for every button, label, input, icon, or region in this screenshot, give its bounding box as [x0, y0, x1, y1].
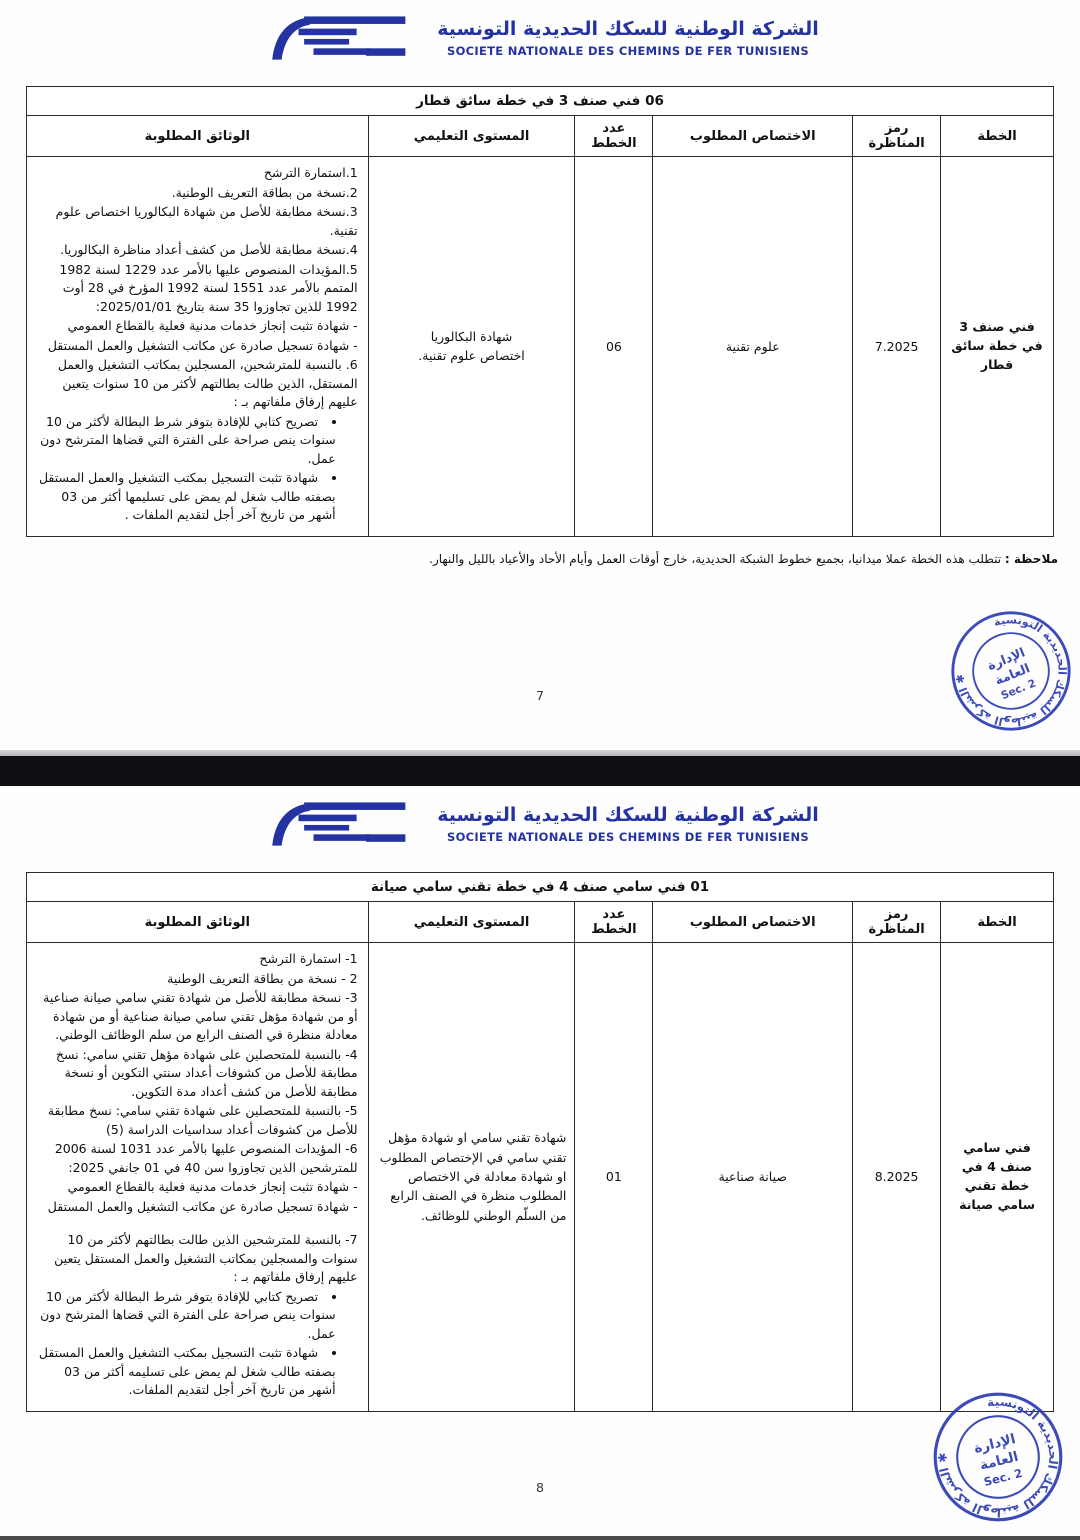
document-item: 4- بالنسبة للمتحصلين على شهادة مؤهل تقني… — [35, 1046, 358, 1102]
document-item: 2.نسخة من بطاقة التعريف الوطنية. — [35, 184, 358, 203]
letterhead: الشركة الوطنية للسكك الحديدية التونسية S… — [0, 0, 1080, 64]
col-header-education: المستوى التعليمي — [368, 116, 575, 157]
code-cell: 7.2025 — [853, 157, 941, 537]
document-item: 7- بالنسبة للمترشحين الذين طالت بطالتهم … — [35, 1231, 358, 1287]
table-title: 06 فني صنف 3 في خطة سائق قطار — [27, 87, 1054, 116]
administration-stamp: الشركة الوطنية للسكك الحديدية التونسية ✱… — [929, 589, 1080, 750]
specialty-cell: علوم تقنية — [653, 157, 853, 537]
document-item: 4.نسخة مطابقة للأصل من كشف أعداد مناظرة … — [35, 241, 358, 260]
col-header-count: عدد الخطط — [575, 902, 653, 943]
plan-cell: فني صنف 3 في خطة سائق قطار — [941, 157, 1054, 537]
page-number: 8 — [0, 1480, 1080, 1495]
document-item: شهادة تثبت التسجيل بمكتب التشغيل والعمل … — [35, 469, 336, 525]
col-header-plan: الخطة — [941, 902, 1054, 943]
table-title: 01 فني سامي صنف 4 في خطة تقني سامي صيانة — [27, 873, 1054, 902]
col-header-documents: الوثائق المطلوبة — [27, 116, 369, 157]
company-name-arabic: الشركة الوطنية للسكك الحديدية التونسية — [437, 18, 818, 42]
document-item: 3.نسخة مطابقة للأصل من شهادة البكالوريا … — [35, 203, 358, 240]
count-cell: 01 — [575, 943, 653, 1412]
count-cell: 06 — [575, 157, 653, 537]
sncft-logo — [261, 798, 411, 850]
table-row: فني سامي صنف 4 في خطة تقني سامي صيانة 8.… — [27, 943, 1054, 1412]
education-cell: شهادة البكالوريا اختصاص علوم تقنية. — [368, 157, 575, 537]
document-item: - شهادة تسجيل صادرة عن مكاتب التشغيل وال… — [35, 337, 358, 356]
page-number: 7 — [0, 688, 1080, 703]
document-item: 5- بالنسبة للمتحصلين على شهادة تقني سامي… — [35, 1102, 358, 1139]
company-name-arabic: الشركة الوطنية للسكك الحديدية التونسية — [437, 804, 818, 828]
document-page-8: الشركة الوطنية للسكك الحديدية التونسية S… — [0, 786, 1080, 1536]
document-item: شهادة تثبت التسجيل بمكتب التشغيل والعمل … — [35, 1344, 336, 1400]
plan-cell: فني سامي صنف 4 في خطة تقني سامي صيانة — [941, 943, 1054, 1412]
document-item: 2 - نسخة من بطاقة التعريف الوطنية — [35, 970, 358, 989]
col-header-code: رمز المناظرة — [853, 116, 941, 157]
table-row: فني صنف 3 في خطة سائق قطار 7.2025 علوم ت… — [27, 157, 1054, 537]
vacancy-table-2: 01 فني سامي صنف 4 في خطة تقني سامي صيانة… — [26, 872, 1054, 1412]
letterhead: الشركة الوطنية للسكك الحديدية التونسية S… — [0, 786, 1080, 850]
document-item: 3- نسخة مطابقة للأصل من شهادة تقني سامي … — [35, 989, 358, 1045]
col-header-specialty: الاختصاص المطلوب — [653, 116, 853, 157]
col-header-plan: الخطة — [941, 116, 1054, 157]
field-work-note: ملاحظة : تتطلب هذه الخطة عملا ميدانيا، ب… — [0, 537, 1080, 566]
vacancy-table-1: 06 فني صنف 3 في خطة سائق قطار الخطة رمز … — [26, 86, 1054, 537]
code-cell: 8.2025 — [853, 943, 941, 1412]
sncft-logo — [261, 12, 411, 64]
col-header-specialty: الاختصاص المطلوب — [653, 902, 853, 943]
note-label: ملاحظة : — [1005, 552, 1058, 566]
document-item: - شهادة تثبت إنجاز خدمات مدنية فعلية بال… — [35, 1178, 358, 1197]
document-item: 1- استمارة الترشح — [35, 950, 358, 969]
note-text: تتطلب هذه الخطة عملا ميدانيا، بجميع خطوط… — [429, 552, 1005, 566]
document-item: - شهادة تسجيل صادرة عن مكاتب التشغيل وال… — [35, 1198, 358, 1217]
documents-cell: 1.استمارة الترشح2.نسخة من بطاقة التعريف … — [27, 157, 369, 537]
company-name-french: SOCIETE NATIONALE DES CHEMINS DE FER TUN… — [437, 44, 818, 58]
company-names: الشركة الوطنية للسكك الحديدية التونسية S… — [437, 18, 818, 58]
document-item: تصريح كتابي للإفادة بتوفر شرط البطالة لأ… — [35, 413, 336, 469]
col-header-documents: الوثائق المطلوبة — [27, 902, 369, 943]
screenshot-bottom-edge — [0, 1536, 1080, 1540]
document-item: 6. بالنسبة للمترشحين، المسجلين بمكاتب ال… — [35, 356, 358, 412]
specialty-cell: صيانة صناعية — [653, 943, 853, 1412]
page-divider-bar — [0, 756, 1080, 786]
document-item: تصريح كتابي للإفادة بتوفر شرط البطالة لأ… — [35, 1288, 336, 1344]
company-name-french: SOCIETE NATIONALE DES CHEMINS DE FER TUN… — [437, 830, 818, 844]
document-item: 5.المؤيدات المنصوص عليها بالأمر عدد 1229… — [35, 261, 358, 317]
col-header-education: المستوى التعليمي — [368, 902, 575, 943]
documents-cell: 1- استمارة الترشح2 - نسخة من بطاقة التعر… — [27, 943, 369, 1412]
col-header-code: رمز المناظرة — [853, 902, 941, 943]
document-item: 6- المؤيدات المنصوص عليها بالأمر عدد 103… — [35, 1140, 358, 1177]
company-names: الشركة الوطنية للسكك الحديدية التونسية S… — [437, 804, 818, 844]
col-header-count: عدد الخطط — [575, 116, 653, 157]
document-item: 1.استمارة الترشح — [35, 164, 358, 183]
document-page-7: الشركة الوطنية للسكك الحديدية التونسية S… — [0, 0, 1080, 750]
document-item: - شهادة تثبت إنجاز خدمات مدنية فعلية بال… — [35, 317, 358, 336]
education-cell: شهادة تقني سامي او شهادة مؤهل تقني سامي … — [368, 943, 575, 1412]
